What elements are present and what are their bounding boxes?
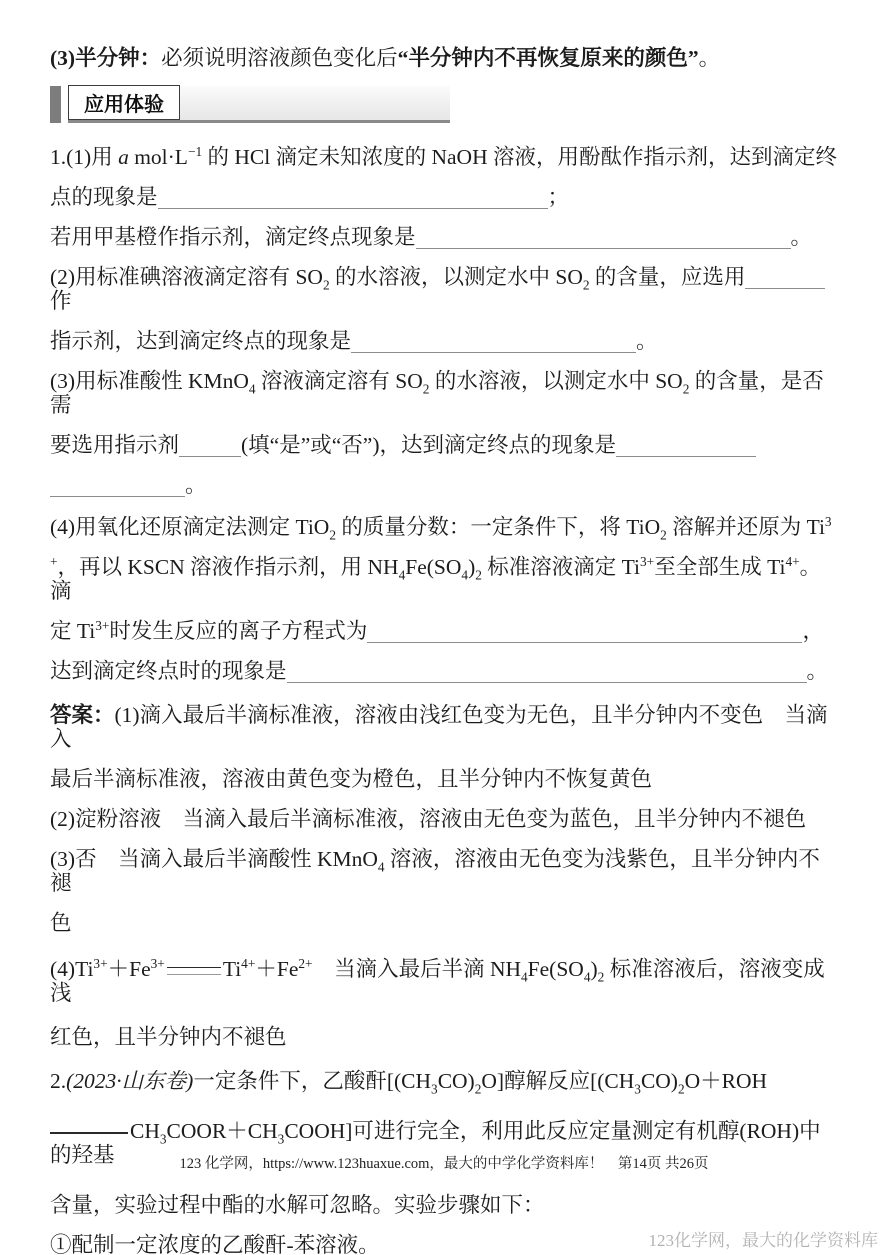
text-run: Ti xyxy=(223,957,241,981)
text-run: ＋Fe xyxy=(255,957,298,981)
paragraph: 要选用指示剂(填“是”或“否”)，达到滴定终点的现象是 xyxy=(50,433,838,457)
text-run: 1.(1)用 xyxy=(50,145,118,169)
text-run: mol·L xyxy=(129,145,188,169)
paragraph: (3)用标准酸性 KMnO4 溶液滴定溶有 SO2 的水溶液，以测定水中 SO2… xyxy=(50,369,838,417)
text-run: COOR＋CH xyxy=(167,1119,278,1143)
text-run: 的水溶液，以测定水中 SO xyxy=(429,369,682,393)
paragraph: 点的现象是； xyxy=(50,185,838,209)
paragraph: 最后半滴标准液，溶液由黄色变为橙色，且半分钟内不恢复黄色 xyxy=(50,767,838,791)
watermark-text: 123化学网，最大的化学资料库 xyxy=(649,1226,879,1251)
text-run: (1)滴入最后半滴标准液，溶液由浅红色变为无色，且半分钟内不变色 当滴入 xyxy=(50,703,828,751)
paragraph: 1.(1)用 a mol·L−1 的 HCl 滴定未知浓度的 NaOH 溶液，用… xyxy=(50,145,838,169)
paragraph: 含量，实验过程中酯的水解可忽略。实验步骤如下： xyxy=(50,1193,838,1217)
paragraph: (2)淀粉溶液 当滴入最后半滴标准液，溶液由无色变为蓝色，且半分钟内不褪色 xyxy=(50,807,838,831)
text-run: 溶液滴定溶有 SO xyxy=(256,369,423,393)
text-run: Fe(SO xyxy=(405,555,461,579)
text-run: 4 xyxy=(584,969,591,984)
text-run: (3)用标准酸性 KMnO xyxy=(50,369,249,393)
text-run: −1 xyxy=(188,144,202,159)
text-run: 必须说明溶液颜色变化后 xyxy=(161,46,398,70)
text-run: ) xyxy=(591,957,598,981)
text-run: 红色，且半分钟内不褪色 xyxy=(50,1025,287,1049)
text-run: 当滴入最后半滴 NH xyxy=(313,957,521,981)
paragraph: 答案：(1)滴入最后半滴标准液，溶液由浅红色变为无色，且半分钟内不变色 当滴入 xyxy=(50,703,838,751)
text-run: 3 xyxy=(160,1131,167,1146)
text-run: 3+ xyxy=(93,956,107,971)
text-run: ①配制一定浓度的乙酸酐-苯溶液。 xyxy=(50,1233,380,1255)
text-run: 时发生反应的离子方程式为 xyxy=(109,619,367,643)
paragraph: +，再以 KSCN 溶液作指示剂，用 NH4Fe(SO4)2 标准溶液滴定 Ti… xyxy=(50,555,838,603)
text-run: 要选用指示剂 xyxy=(50,433,179,457)
text-run: 4 xyxy=(378,859,385,874)
text-run: 。 xyxy=(185,473,207,497)
body-paragraphs: 1.(1)用 a mol·L−1 的 HCl 滴定未知浓度的 NaOH 溶液，用… xyxy=(50,145,838,1255)
text-run: O]醇解反应[(CH xyxy=(481,1069,634,1093)
text-run: 2 xyxy=(329,527,336,542)
text-run: 最后半滴标准液，溶液由黄色变为橙色，且半分钟内不恢复黄色 xyxy=(50,767,652,791)
section-header-title: 应用体验 xyxy=(68,85,180,120)
paragraph: (3)否 当滴入最后半滴酸性 KMnO4 溶液，溶液由无色变为浅紫色，且半分钟内… xyxy=(50,847,838,895)
text-run: 至全部生成 Ti xyxy=(654,555,785,579)
text-run: CH xyxy=(130,1119,160,1143)
paragraph: 定 Ti3+时发生反应的离子方程式为， xyxy=(50,619,838,643)
text-run: 2 xyxy=(323,277,330,292)
text-run: 。 xyxy=(636,329,658,353)
text-run: (3)半分钟： xyxy=(50,46,161,70)
paragraph: 2.(2023·山东卷)一定条件下，乙酸酐[(CH3CO)2O]醇解反应[(CH… xyxy=(50,1069,838,1093)
text-run: 点的现象是 xyxy=(50,185,158,209)
text-run: 色 xyxy=(50,911,72,935)
text-run: 一定条件下，乙酸酐[(CH xyxy=(193,1069,431,1093)
paragraph: (2)用标准碘溶液滴定溶有 SO2 的水溶液，以测定水中 SO2 的含量，应选用… xyxy=(50,265,838,313)
fill-in-blank xyxy=(616,438,756,457)
fill-in-blank xyxy=(416,230,791,249)
text-run: 2 xyxy=(475,567,482,582)
text-run: 含量，实验过程中酯的水解可忽略。实验步骤如下： xyxy=(50,1193,545,1217)
text-run: 定 Ti xyxy=(50,619,95,643)
text-run: 4+ xyxy=(785,554,799,569)
text-run: a xyxy=(118,145,129,169)
text-run: + xyxy=(50,554,58,569)
text-run: 若用甲基橙作指示剂，滴定终点现象是 xyxy=(50,225,416,249)
text-run: (3)否 当滴入最后半滴酸性 KMnO xyxy=(50,847,378,871)
text-run: ，再以 KSCN 溶液作指示剂，用 NH xyxy=(58,555,399,579)
intro-paragraphs: (3)半分钟：必须说明溶液颜色变化后“半分钟内不再恢复原来的颜色”。 xyxy=(50,46,838,70)
page-footer: 123 化学网，https://www.123huaxue.com，最大的中学化… xyxy=(0,1152,888,1173)
text-run: 3+ xyxy=(151,956,165,971)
text-run: 。 xyxy=(791,225,813,249)
document-page: (3)半分钟：必须说明溶液颜色变化后“半分钟内不再恢复原来的颜色”。 应用体验 … xyxy=(0,0,888,1255)
fill-in-blank xyxy=(179,438,241,457)
paragraph: (4)Ti3+＋Fe3+Ti4+＋Fe2+ 当滴入最后半滴 NH4Fe(SO4)… xyxy=(50,957,838,1005)
text-run: 指示剂，达到滴定终点的现象是 xyxy=(50,329,351,353)
text-run: (2)淀粉溶液 当滴入最后半滴标准液，溶液由无色变为蓝色，且半分钟内不褪色 xyxy=(50,807,806,831)
equation-dash-line xyxy=(50,1132,128,1134)
text-run: 3 xyxy=(431,1081,438,1096)
text-run: 的 HCl 滴定未知浓度的 NaOH 溶液，用酚酞作指示剂，达到滴定终 xyxy=(202,145,837,169)
text-run: 的质量分数：一定条件下，将 TiO xyxy=(336,515,660,539)
text-run: 3+ xyxy=(640,554,654,569)
text-run: O＋ROH xyxy=(685,1069,767,1093)
fill-in-blank xyxy=(158,190,548,209)
text-run: (2)用标准碘溶液滴定溶有 SO xyxy=(50,265,323,289)
text-run: (4)Ti xyxy=(50,957,93,981)
text-run: ； xyxy=(548,185,570,209)
text-run: 2 xyxy=(583,277,590,292)
text-run: 4 xyxy=(521,969,528,984)
fill-in-blank xyxy=(50,478,185,497)
paragraph: 。 xyxy=(50,473,838,497)
paragraph: (4)用氧化还原滴定法测定 TiO2 的质量分数：一定条件下，将 TiO2 溶解… xyxy=(50,515,838,539)
text-run: 2 xyxy=(660,527,667,542)
text-run: 2. xyxy=(50,1069,66,1093)
text-run: 3 xyxy=(634,1081,641,1096)
equation-equals-line xyxy=(167,967,221,975)
text-run: 3+ xyxy=(95,618,109,633)
text-run: “半分钟内不再恢复原来的颜色” xyxy=(398,46,699,70)
text-run: 。 xyxy=(807,659,829,683)
text-run: 2+ xyxy=(298,956,312,971)
text-run: 4 xyxy=(249,381,256,396)
text-run: 3 xyxy=(825,514,832,529)
text-run: 作 xyxy=(50,289,72,313)
text-run: (4)用氧化还原滴定法测定 TiO xyxy=(50,515,329,539)
section-header: 应用体验 xyxy=(50,86,838,123)
text-run: 标准溶液滴定 Ti xyxy=(482,555,640,579)
section-header-bar-icon xyxy=(50,86,61,123)
text-run: 4+ xyxy=(241,956,255,971)
fill-in-blank xyxy=(351,334,636,353)
document-content: (3)半分钟：必须说明溶液颜色变化后“半分钟内不再恢复原来的颜色”。 应用体验 … xyxy=(0,0,888,1255)
text-run: Fe(SO xyxy=(528,957,584,981)
text-run: 2 xyxy=(678,1081,685,1096)
text-run: 。 xyxy=(699,46,721,70)
text-run: 达到滴定终点时的现象是 xyxy=(50,659,287,683)
text-run: ， xyxy=(802,619,824,643)
text-run: CO) xyxy=(438,1069,475,1093)
text-run: 的含量，应选用 xyxy=(590,265,746,289)
text-run: (2023·山东卷) xyxy=(66,1069,193,1093)
text-run: ＋Fe xyxy=(108,957,151,981)
text-run: (填“是”或“否”)，达到滴定终点的现象是 xyxy=(241,433,616,457)
fill-in-blank xyxy=(745,270,825,289)
paragraph: 红色，且半分钟内不褪色 xyxy=(50,1025,838,1049)
paragraph: 色 xyxy=(50,911,838,935)
paragraph: 达到滴定终点时的现象是。 xyxy=(50,659,838,683)
fill-in-blank xyxy=(367,624,802,643)
paragraph: (3)半分钟：必须说明溶液颜色变化后“半分钟内不再恢复原来的颜色”。 xyxy=(50,46,838,70)
text-run: 的水溶液，以测定水中 SO xyxy=(330,265,583,289)
section-header-rule: 应用体验 xyxy=(68,86,450,123)
text-run: 答案： xyxy=(50,703,115,727)
text-run: 溶解并还原为 Ti xyxy=(667,515,825,539)
paragraph: 若用甲基橙作指示剂，滴定终点现象是。 xyxy=(50,225,838,249)
fill-in-blank xyxy=(287,664,807,683)
paragraph: 指示剂，达到滴定终点的现象是。 xyxy=(50,329,838,353)
text-run: CO) xyxy=(641,1069,678,1093)
